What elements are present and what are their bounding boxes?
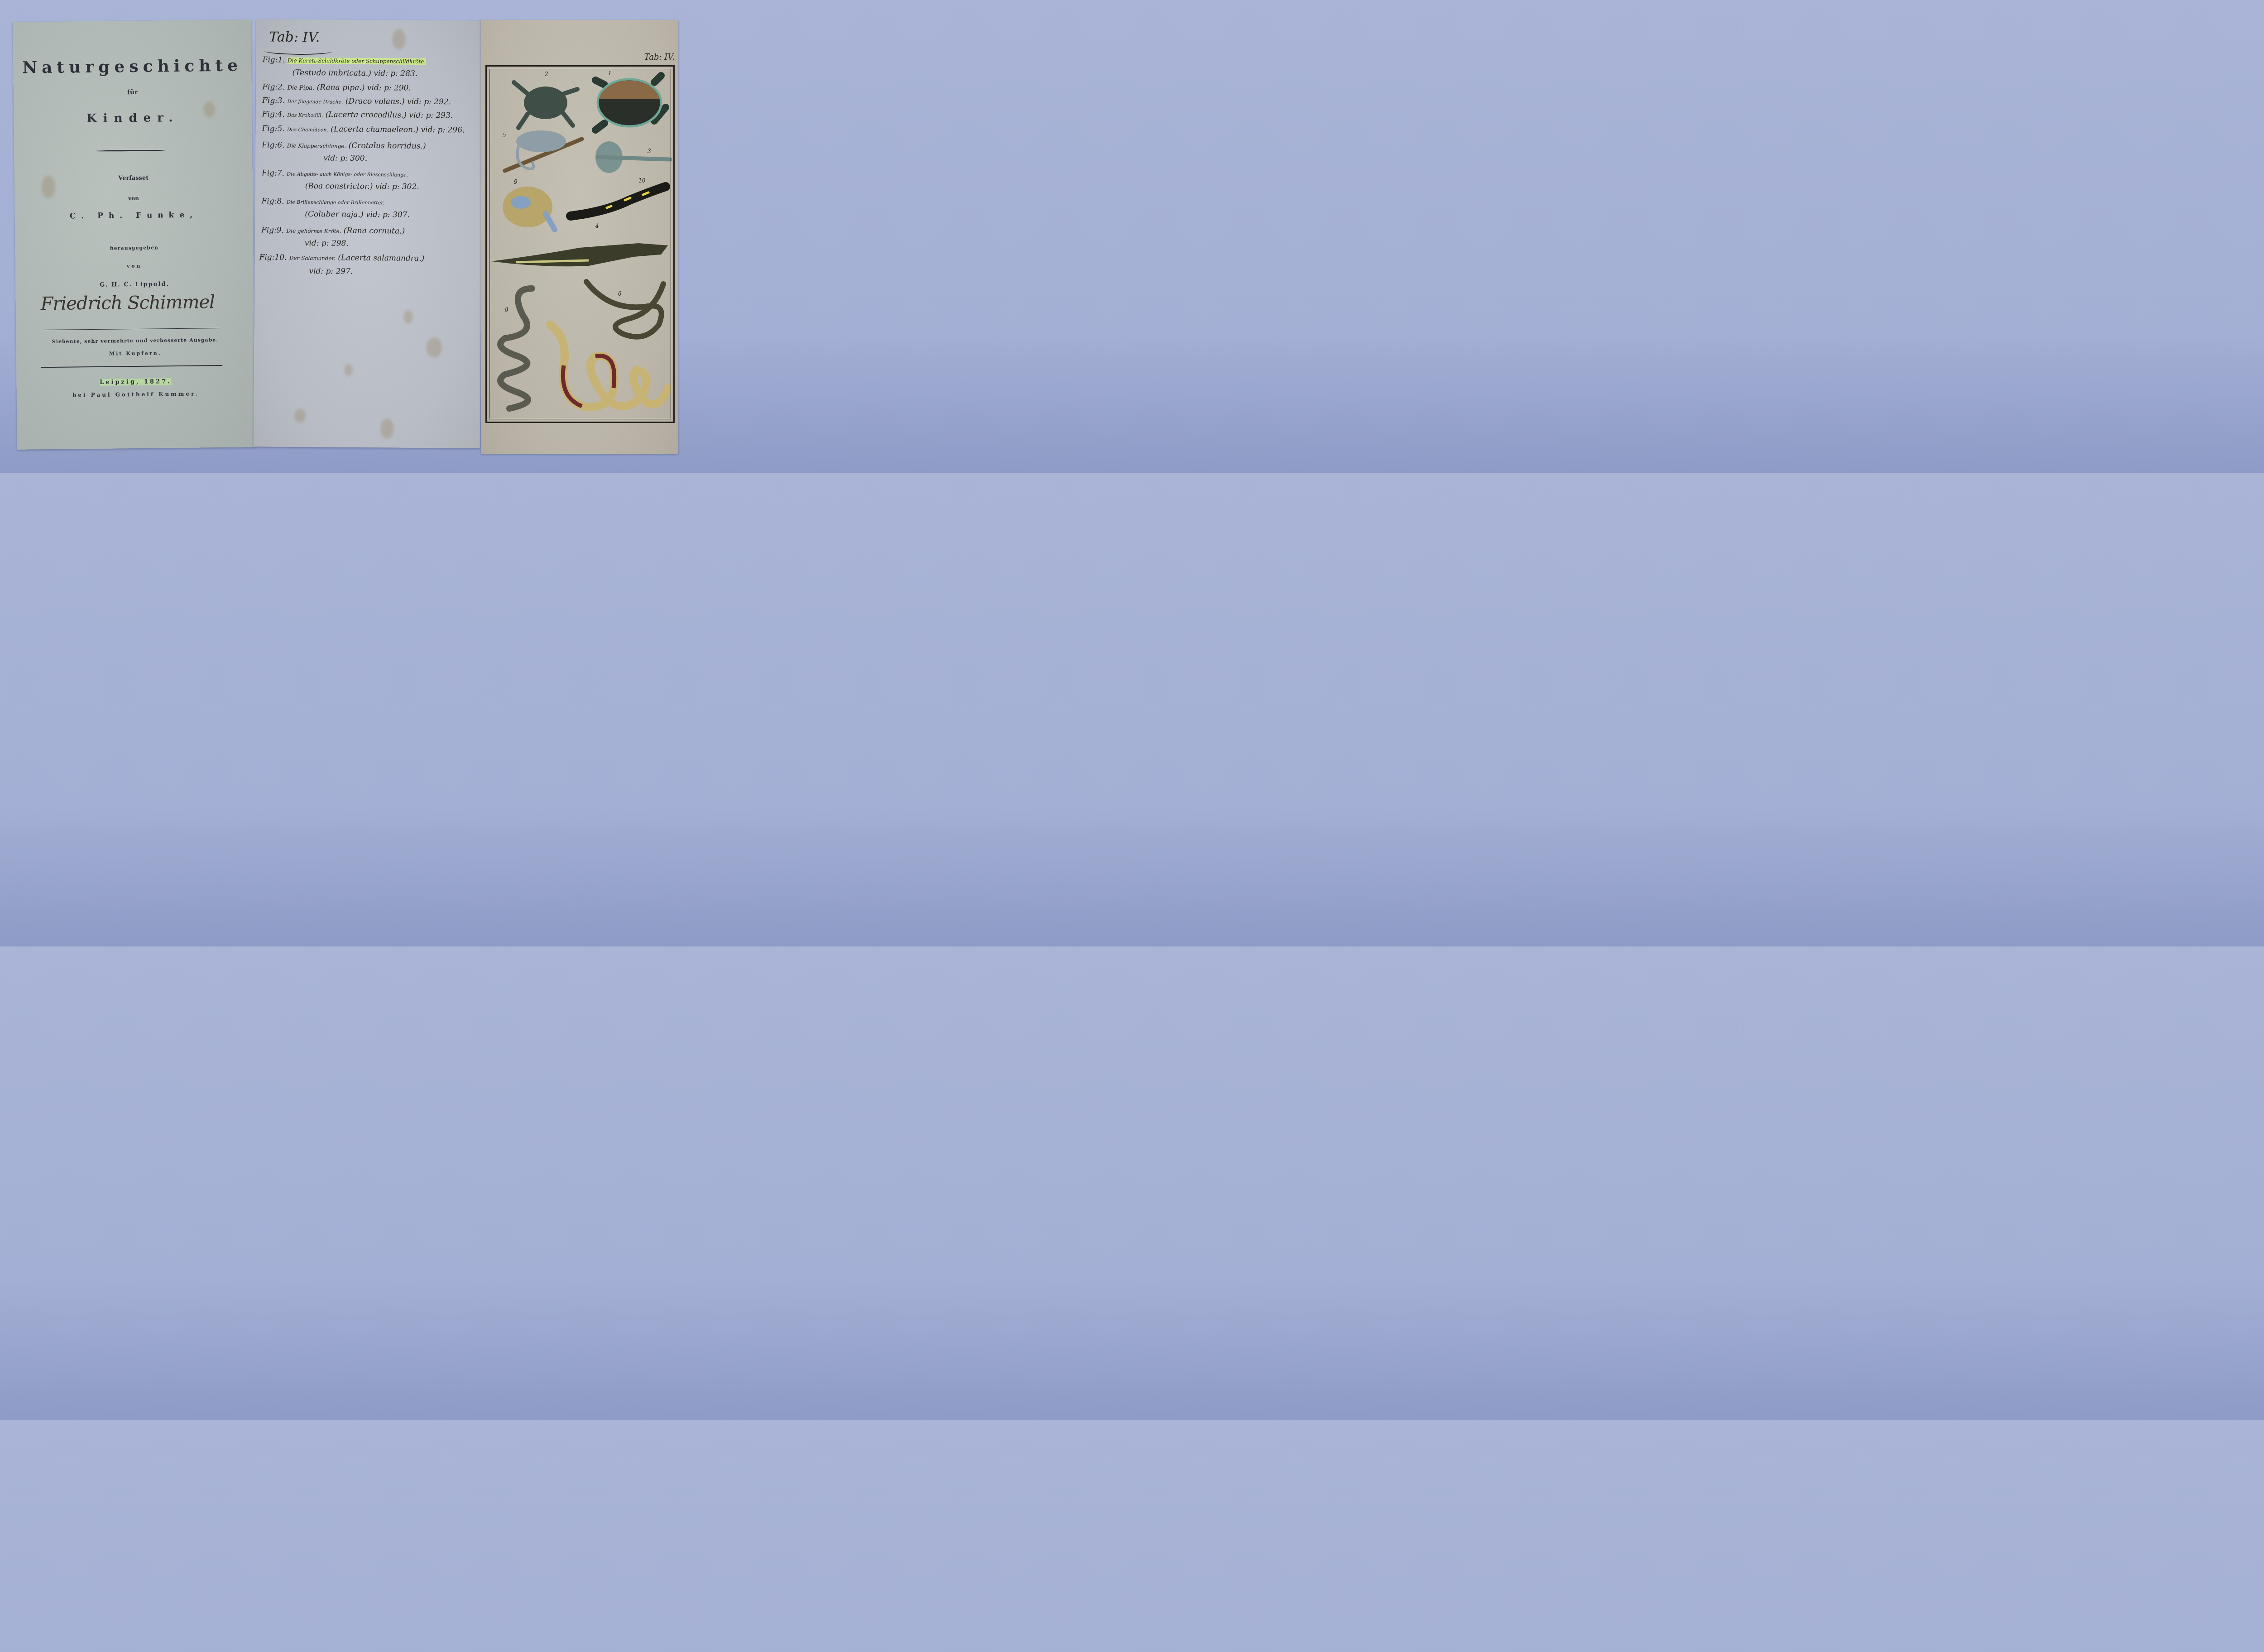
index-entry-1-latin: (Testudo imbricata.) vid: p: 283. [292,68,417,78]
book-subtitle: Kinder. [14,110,252,126]
salamander-illustration [566,180,672,225]
index-entry-7-latin: (Boa constrictor.) vid: p: 302. [305,182,419,192]
index-entry-10: Fig:10. Der Salamander. (Lacerta salaman… [259,253,425,263]
horned-toad-illustration [496,182,568,236]
turtle-illustration [586,71,670,134]
fig-number-8: 8 [505,307,508,313]
fig-number-4: 4 [595,223,599,229]
highlighted-place-year: Leipzig, 1827. [100,378,172,386]
heading-flourish [264,47,332,55]
fig-number-9: 9 [514,179,518,185]
title-page: Naturgeschichte für Kinder. Verfasset vo… [13,19,255,449]
index-heading: Tab: IV. [269,29,320,45]
edition-divider-top [43,328,220,330]
index-entry-4: Fig:4. Das Krokodill. (Lacerta crocodilu… [262,110,453,120]
fig-number-5: 5 [503,132,506,139]
herausgegeben-label: herausgegeben [15,244,253,252]
book-title: Naturgeschichte [13,56,251,77]
index-entry-9-ref: vid: p: 298. [305,239,349,248]
plate-label: Tab: IV. [644,53,675,62]
rattlesnake-illustration [582,275,672,347]
owner-signature: Friedrich Schimmel [40,292,215,314]
edition-statement: Siebente, sehr vermehrte und verbesserte… [16,336,254,345]
crocodile-illustration [489,230,672,279]
index-entry-8-latin: (Coluber naja.) vid: p: 307. [305,210,410,220]
index-page: Tab: IV. Fig:1. Die Karett-Schildkröte o… [254,19,483,448]
index-entry-6: Fig:6. Die Klapperschlange. (Crotalus ho… [262,140,426,151]
fig-number-7: 7 [550,322,554,329]
fig-number-6: 6 [618,291,622,297]
index-entry-5: Fig:5. Das Chamäleon. (Lacerta chamaeleo… [262,124,465,134]
index-entry-2: Fig:2. Die Pipa. (Rana pipa.) vid: p: 29… [262,82,411,92]
fig-number-10: 10 [638,178,645,184]
book-title-fuer: für [14,87,252,97]
boa-illustration [541,320,672,415]
index-entry-3: Fig:3. Der fliegende Drache. (Draco vola… [262,96,451,106]
plates-note: Mit Kupfern. [16,349,254,358]
imprint-divider [41,365,222,368]
index-entry-8: Fig:8. Die Brillenschlange oder Brillenn… [261,197,384,206]
pipa-toad-illustration [509,76,582,130]
von-label-2: von [15,262,254,270]
fig-number-3: 3 [648,148,651,154]
index-entry-6-ref: vid: p: 300. [323,154,367,163]
plate-frame: 2 1 5 3 9 10 [485,65,675,423]
verfasset-label: Verfasset [14,173,253,183]
chameleon-illustration [500,121,586,175]
cobra-illustration [491,279,559,415]
fig-number-1: 1 [608,70,612,77]
index-entry-9: Fig:9. Die gehörnte Kröte. (Rana cornuta… [261,226,405,235]
imprint-publisher: bei Paul Gotthelf Kummer. [17,390,255,399]
highlighted-text: Die Karett-Schildkröte oder Schuppenschi… [288,58,426,65]
index-entry-10-ref: vid: p: 297. [309,267,353,276]
plate-page: Tab: IV. 2 1 5 3 9 [481,20,678,454]
fig-number-2: 2 [545,71,548,77]
editor-name: G. H. C. Lippold. [15,280,254,289]
flying-dragon-illustration [589,139,672,175]
author-name: C. Ph. Funke, [14,210,253,221]
index-entry-7: Fig:7. Die Abgotts- auch Königs- oder Ri… [262,168,408,178]
title-divider [93,149,166,152]
imprint-place-year: Leipzig, 1827. [16,377,254,387]
index-entry-1: Fig:1. Die Karett-Schildkröte oder Schup… [263,55,426,66]
